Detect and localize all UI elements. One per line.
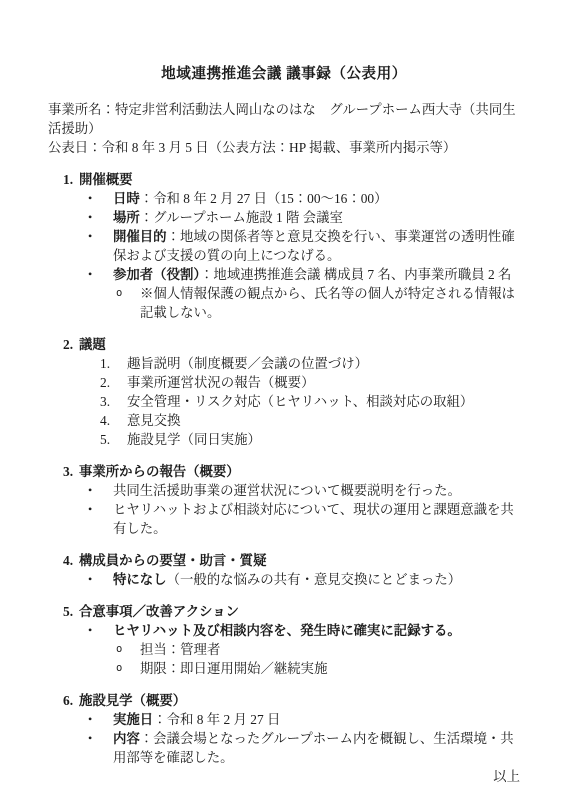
list-item: o ※個人情報保護の観点から、氏名等の個人が特定される情報は記載しない。 xyxy=(48,284,520,322)
bullet-marker: • xyxy=(88,500,113,538)
item-text: 期限：即日運用開始／継続実施 xyxy=(140,661,327,676)
section-heading: 2. 議題 xyxy=(48,335,520,354)
item-text: 意見交換 xyxy=(127,413,181,428)
item-text: 安全管理・リスク対応（ヒヤリハット、相談対応の取組） xyxy=(127,394,473,409)
bullet-marker: • xyxy=(88,227,113,265)
item-text-wrap: 日時：令和 8 年 2 月 27 日（15：00～16：00） xyxy=(113,189,520,208)
section-items: 1. 趣旨説明（制度概要／会議の位置づけ） 2. 事業所運営状況の報告（概要） … xyxy=(48,354,520,449)
bullet-marker: • xyxy=(88,710,113,729)
item-text-wrap: 特になし（一般的な悩みの共有・意見交換にとどまった） xyxy=(113,570,520,589)
item-text: 事業所運営状況の報告（概要） xyxy=(127,375,314,390)
item-text-wrap: 担当：管理者 xyxy=(140,640,520,659)
item-text-wrap: 意見交換 xyxy=(127,411,520,430)
item-bold-text: ヒヤリハット及び相談内容を、発生時に確実に記録する。 xyxy=(113,623,461,638)
item-text: ※個人情報保護の観点から、氏名等の個人が特定される情報は記載しない。 xyxy=(140,286,515,320)
section-heading: 3. 事業所からの報告（概要） xyxy=(48,462,520,481)
document-section: 6. 施設見学（概要） • 実施日：令和 8 年 2 月 27 日 • 内容：会… xyxy=(48,691,520,767)
sections-container: 1. 開催概要 • 日時：令和 8 年 2 月 27 日（15：00～16：00… xyxy=(48,170,520,767)
item-text-wrap: ※個人情報保護の観点から、氏名等の個人が特定される情報は記載しない。 xyxy=(140,284,520,322)
bullet-marker: • xyxy=(88,481,113,500)
section-heading: 1. 開催概要 xyxy=(48,170,520,189)
list-item: • 参加者（役割）：地域連携推進会議 構成員 7 名、内事業所職員 2 名 xyxy=(48,265,520,284)
list-item: • 内容：会議会場となったグループホーム内を概観し、生活環境・共用部等を確認した… xyxy=(48,729,520,767)
closing-text: 以上 xyxy=(48,767,520,786)
item-text: ：グループホーム施設 1 階 会議室 xyxy=(140,210,343,225)
item-text: 担当：管理者 xyxy=(140,642,220,657)
section-number: 2. xyxy=(63,335,79,354)
section-heading: 5. 合意事項／改善アクション xyxy=(48,602,520,621)
bullet-marker: • xyxy=(88,570,113,589)
list-item: 5. 施設見学（同日実施） xyxy=(48,430,520,449)
list-item: • 場所：グループホーム施設 1 階 会議室 xyxy=(48,208,520,227)
section-heading-text: 事業所からの報告（概要） xyxy=(79,462,240,481)
section-items: • 特になし（一般的な悩みの共有・意見交換にとどまった） xyxy=(48,570,520,589)
bullet-marker: • xyxy=(88,189,113,208)
circle-marker: o xyxy=(116,659,140,678)
item-text: ヒヤリハットおよび相談対応について、現状の運用と課題意識を共有した。 xyxy=(113,502,514,536)
number-marker: 3. xyxy=(100,392,127,411)
item-text: 趣旨説明（制度概要／会議の位置づけ） xyxy=(127,356,368,371)
item-text: ：令和 8 年 2 月 27 日 xyxy=(153,712,280,727)
bullet-marker: • xyxy=(88,621,113,640)
item-text-wrap: 内容：会議会場となったグループホーム内を概観し、生活環境・共用部等を確認した。 xyxy=(113,729,520,767)
item-bold-text: 特になし xyxy=(113,572,167,587)
item-text-wrap: 共同生活援助事業の運営状況について概要説明を行った。 xyxy=(113,481,520,500)
item-text: 共同生活援助事業の運営状況について概要説明を行った。 xyxy=(113,483,461,498)
section-number: 4. xyxy=(63,551,79,570)
item-text: ：会議会場となったグループホーム内を概観し、生活環境・共用部等を確認した。 xyxy=(113,731,514,765)
item-text-wrap: 実施日：令和 8 年 2 月 27 日 xyxy=(113,710,520,729)
list-item: • 特になし（一般的な悩みの共有・意見交換にとどまった） xyxy=(48,570,520,589)
list-item: 2. 事業所運営状況の報告（概要） xyxy=(48,373,520,392)
office-name-line: 事業所名：特定非営利活動法人岡山なのはな グループホーム西大寺（共同生活援助） xyxy=(48,100,520,138)
item-text-wrap: 趣旨説明（制度概要／会議の位置づけ） xyxy=(127,354,520,373)
document-section: 1. 開催概要 • 日時：令和 8 年 2 月 27 日（15：00～16：00… xyxy=(48,170,520,322)
document-section: 4. 構成員からの要望・助言・質疑 • 特になし（一般的な悩みの共有・意見交換に… xyxy=(48,551,520,589)
item-text: 施設見学（同日実施） xyxy=(127,432,261,447)
list-item: 1. 趣旨説明（制度概要／会議の位置づけ） xyxy=(48,354,520,373)
item-bold-text: 実施日 xyxy=(113,712,153,727)
bullet-marker: • xyxy=(88,208,113,227)
list-item: o 期限：即日運用開始／継続実施 xyxy=(48,659,520,678)
item-bold-text: 参加者（役割） xyxy=(113,267,200,282)
circle-marker: o xyxy=(116,640,140,659)
number-marker: 4. xyxy=(100,411,127,430)
item-text-wrap: 参加者（役割）：地域連携推進会議 構成員 7 名、内事業所職員 2 名 xyxy=(113,265,520,284)
section-number: 6. xyxy=(63,691,79,710)
section-heading: 6. 施設見学（概要） xyxy=(48,691,520,710)
item-text-wrap: 期限：即日運用開始／継続実施 xyxy=(140,659,520,678)
number-marker: 5. xyxy=(100,430,127,449)
section-items: • 日時：令和 8 年 2 月 27 日（15：00～16：00） • 場所：グ… xyxy=(48,189,520,322)
list-item: • ヒヤリハット及び相談内容を、発生時に確実に記録する。 xyxy=(48,621,520,640)
section-number: 3. xyxy=(63,462,79,481)
list-item: • 開催目的：地域の関係者等と意見交換を行い、事業運営の透明性確保および支援の質… xyxy=(48,227,520,265)
item-text: ：令和 8 年 2 月 27 日（15：00～16：00） xyxy=(140,191,388,206)
section-heading-text: 施設見学（概要） xyxy=(79,691,186,710)
section-heading: 4. 構成員からの要望・助言・質疑 xyxy=(48,551,520,570)
section-number: 1. xyxy=(63,170,79,189)
item-text-wrap: 開催目的：地域の関係者等と意見交換を行い、事業運営の透明性確保および支援の質の向… xyxy=(113,227,520,265)
list-item: 4. 意見交換 xyxy=(48,411,520,430)
document-title: 地域連携推進会議 議事録（公表用） xyxy=(48,64,520,84)
list-item: • 共同生活援助事業の運営状況について概要説明を行った。 xyxy=(48,481,520,500)
list-item: • 実施日：令和 8 年 2 月 27 日 xyxy=(48,710,520,729)
item-text: （一般的な悩みの共有・意見交換にとどまった） xyxy=(167,572,462,587)
bullet-marker: • xyxy=(88,729,113,767)
item-text-wrap: ヒヤリハットおよび相談対応について、現状の運用と課題意識を共有した。 xyxy=(113,500,520,538)
number-marker: 2. xyxy=(100,373,127,392)
section-heading-text: 構成員からの要望・助言・質疑 xyxy=(79,551,266,570)
item-bold-text: 場所 xyxy=(113,210,140,225)
list-item: • ヒヤリハットおよび相談対応について、現状の運用と課題意識を共有した。 xyxy=(48,500,520,538)
document-section: 2. 議題 1. 趣旨説明（制度概要／会議の位置づけ） 2. 事業所運営状況の報… xyxy=(48,335,520,449)
list-item: o 担当：管理者 xyxy=(48,640,520,659)
bullet-marker: • xyxy=(88,265,113,284)
list-item: • 日時：令和 8 年 2 月 27 日（15：00～16：00） xyxy=(48,189,520,208)
number-marker: 1. xyxy=(100,354,127,373)
section-heading-text: 開催概要 xyxy=(79,170,133,189)
publish-date-line: 公表日：令和 8 年 3 月 5 日（公表方法：HP 掲載、事業所内掲示等） xyxy=(48,138,520,157)
item-bold-text: 内容 xyxy=(113,731,140,746)
item-text-wrap: 場所：グループホーム施設 1 階 会議室 xyxy=(113,208,520,227)
item-text: ：地域の関係者等と意見交換を行い、事業運営の透明性確保および支援の質の向上につな… xyxy=(113,229,515,263)
section-items: • ヒヤリハット及び相談内容を、発生時に確実に記録する。 o 担当：管理者 o … xyxy=(48,621,520,678)
item-text-wrap: 事業所運営状況の報告（概要） xyxy=(127,373,520,392)
item-text: ：地域連携推進会議 構成員 7 名、内事業所職員 2 名 xyxy=(200,267,511,282)
document-section: 3. 事業所からの報告（概要） • 共同生活援助事業の運営状況について概要説明を… xyxy=(48,462,520,538)
list-item: 3. 安全管理・リスク対応（ヒヤリハット、相談対応の取組） xyxy=(48,392,520,411)
item-text-wrap: 安全管理・リスク対応（ヒヤリハット、相談対応の取組） xyxy=(127,392,520,411)
document-page: 地域連携推進会議 議事録（公表用） 事業所名：特定非営利活動法人岡山なのはな グ… xyxy=(0,0,572,811)
item-bold-text: 開催目的 xyxy=(113,229,167,244)
circle-marker: o xyxy=(116,284,140,322)
section-heading-text: 合意事項／改善アクション xyxy=(79,602,239,621)
section-items: • 共同生活援助事業の運営状況について概要説明を行った。 • ヒヤリハットおよび… xyxy=(48,481,520,538)
section-number: 5. xyxy=(63,602,79,621)
item-bold-text: 日時 xyxy=(113,191,140,206)
document-meta: 事業所名：特定非営利活動法人岡山なのはな グループホーム西大寺（共同生活援助） … xyxy=(48,100,520,157)
item-text-wrap: 施設見学（同日実施） xyxy=(127,430,520,449)
item-text-wrap: ヒヤリハット及び相談内容を、発生時に確実に記録する。 xyxy=(113,621,520,640)
document-section: 5. 合意事項／改善アクション • ヒヤリハット及び相談内容を、発生時に確実に記… xyxy=(48,602,520,678)
section-items: • 実施日：令和 8 年 2 月 27 日 • 内容：会議会場となったグループホ… xyxy=(48,710,520,767)
section-heading-text: 議題 xyxy=(79,335,106,354)
